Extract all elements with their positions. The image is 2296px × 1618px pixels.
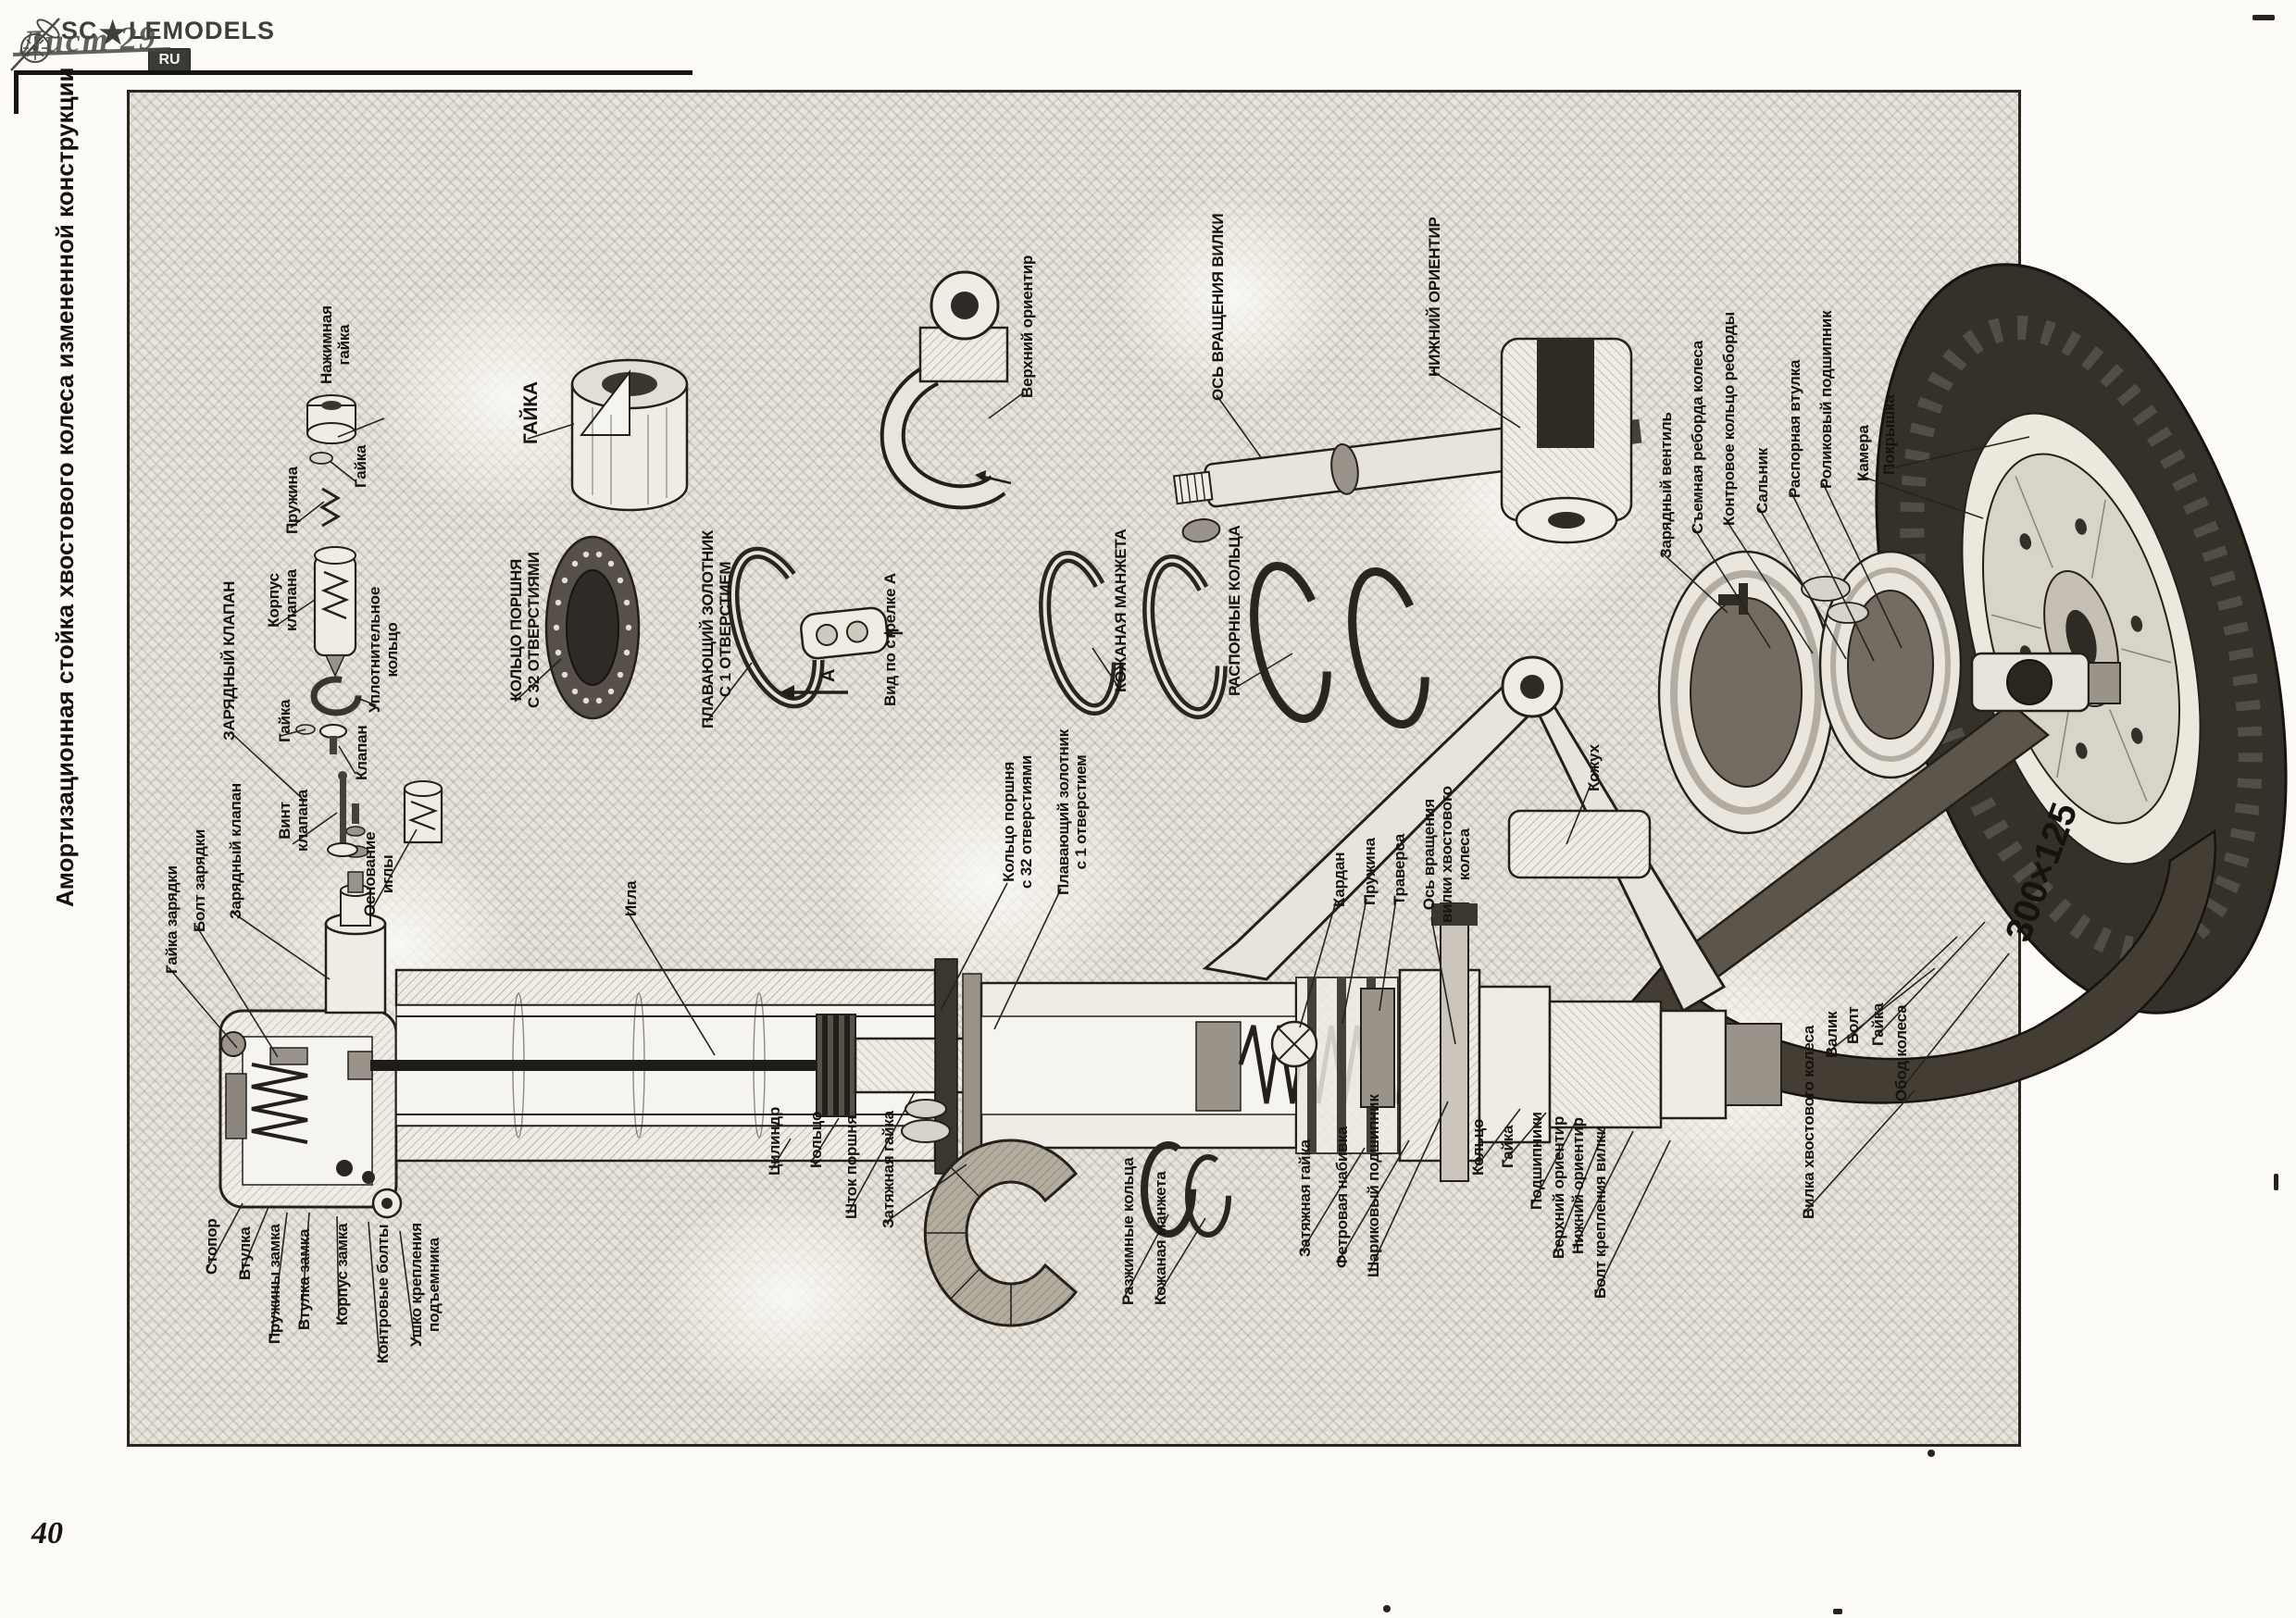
- strut-drawing: [220, 657, 1781, 1217]
- page-title: Амортизационная стойка хвостового колеса…: [51, 67, 80, 907]
- scan-speck: [2274, 1174, 2278, 1190]
- page-number: 40: [31, 1516, 63, 1551]
- scan-speck: [1833, 1609, 1842, 1614]
- scan-speck: [1383, 1605, 1391, 1612]
- scan-speck: [1928, 1450, 1935, 1457]
- upper-orienter-drawing: [892, 272, 1011, 497]
- valve-parts-drawing: [296, 395, 442, 856]
- leader-lines: [168, 370, 2029, 1358]
- diagram-artwork: [0, 0, 2296, 1618]
- scan-speck: [2252, 15, 2275, 20]
- piston-ring-drawing: [546, 537, 639, 718]
- cuff-rings-drawing: [1032, 550, 1437, 730]
- spool-drawing: [717, 542, 903, 713]
- nut-drawing: [572, 360, 687, 510]
- lower-orienter-drawing: [1502, 339, 1631, 542]
- top-rule: [14, 70, 693, 75]
- top-rule-corner: [14, 70, 19, 114]
